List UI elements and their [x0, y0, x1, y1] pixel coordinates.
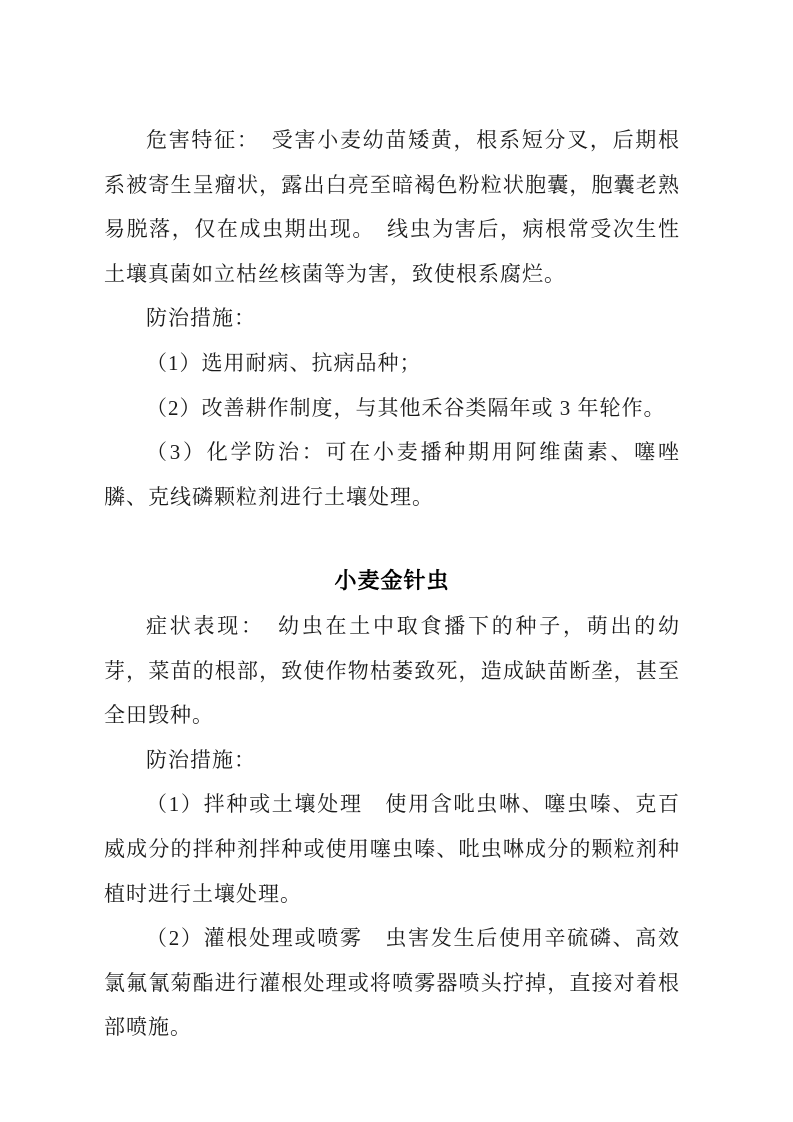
- section-heading-wheat-wireworm: 小麦金针虫: [104, 559, 680, 604]
- paragraph-nematode-measure-3: （3）化学防治：可在小麦播种期用阿维菌素、噻唑膦、克线磷颗粒剂进行土壤处理。: [104, 430, 680, 519]
- paragraph-nematode-measure-1: （1）选用耐病、抗病品种；: [104, 341, 680, 386]
- paragraph-damage-features: 危害特征： 受害小麦幼苗矮黄，根系短分叉，后期根系被寄生呈瘤状，露出白亮至暗褐色…: [104, 118, 680, 296]
- paragraph-control-measures-label-wireworm: 防治措施：: [104, 738, 680, 783]
- paragraph-wireworm-symptoms: 症状表现： 幼虫在土中取食播下的种子，萌出的幼芽，菜苗的根部，致使作物枯萎致死，…: [104, 604, 680, 738]
- document-page: 危害特征： 受害小麦幼苗矮黄，根系短分叉，后期根系被寄生呈瘤状，露出白亮至暗褐色…: [0, 0, 793, 1122]
- paragraph-wireworm-measure-1: （1）拌种或土壤处理 使用含吡虫啉、噻虫嗪、克百威成分的拌种剂拌种或使用噻虫嗪、…: [104, 782, 680, 916]
- paragraph-nematode-measure-2: （2）改善耕作制度，与其他禾谷类隔年或 3 年轮作。: [104, 386, 680, 431]
- paragraph-control-measures-label-nematode: 防治措施：: [104, 296, 680, 341]
- paragraph-wireworm-measure-2: （2）灌根处理或喷雾 虫害发生后使用辛硫磷、高效氯氟氰菊酯进行灌根处理或将喷雾器…: [104, 916, 680, 1050]
